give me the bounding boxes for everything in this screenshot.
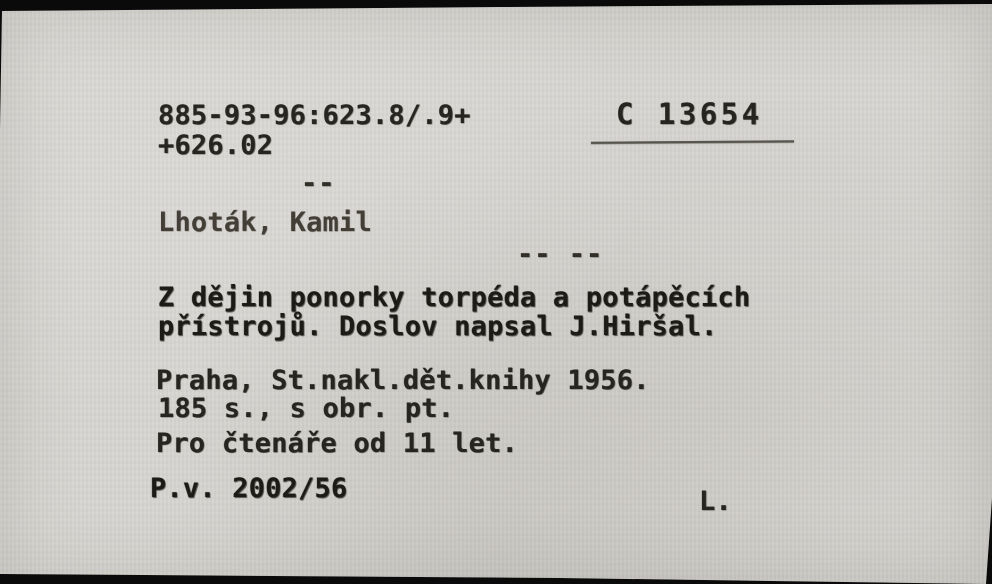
stray-mark-middle: -- -- xyxy=(517,240,603,269)
scanned-catalog-card-page: 885-93-96:623.8/.9+ +626.02 C 13654 -- L… xyxy=(0,0,992,584)
imprint-line: Praha, St.nakl.dět.knihy 1956. xyxy=(156,366,650,395)
collation-line: 185 s., s obr. pt. xyxy=(158,394,454,423)
accession-number: P.v. 2002/56 xyxy=(150,474,347,503)
title-line-1: Z dějin ponorky torpéda a potápěcích xyxy=(158,283,750,312)
author-heading: Lhoták, Kamil xyxy=(158,208,372,237)
stray-mark-top: -- xyxy=(301,169,336,198)
classification-number-line-2: +626.02 xyxy=(158,131,273,160)
call-number-underline xyxy=(591,140,794,143)
classification-number-line-1: 885-93-96:623.8/.9+ xyxy=(158,101,471,130)
title-line-2: přístrojů. Doslov napsal J.Hiršal. xyxy=(158,312,717,341)
call-number: C 13654 xyxy=(616,100,763,129)
audience-note-line: Pro čtenáře od 11 let. xyxy=(156,429,518,458)
cataloguer-initial: L. xyxy=(699,487,732,516)
typewritten-text-layer: 885-93-96:623.8/.9+ +626.02 C 13654 -- L… xyxy=(0,0,992,584)
